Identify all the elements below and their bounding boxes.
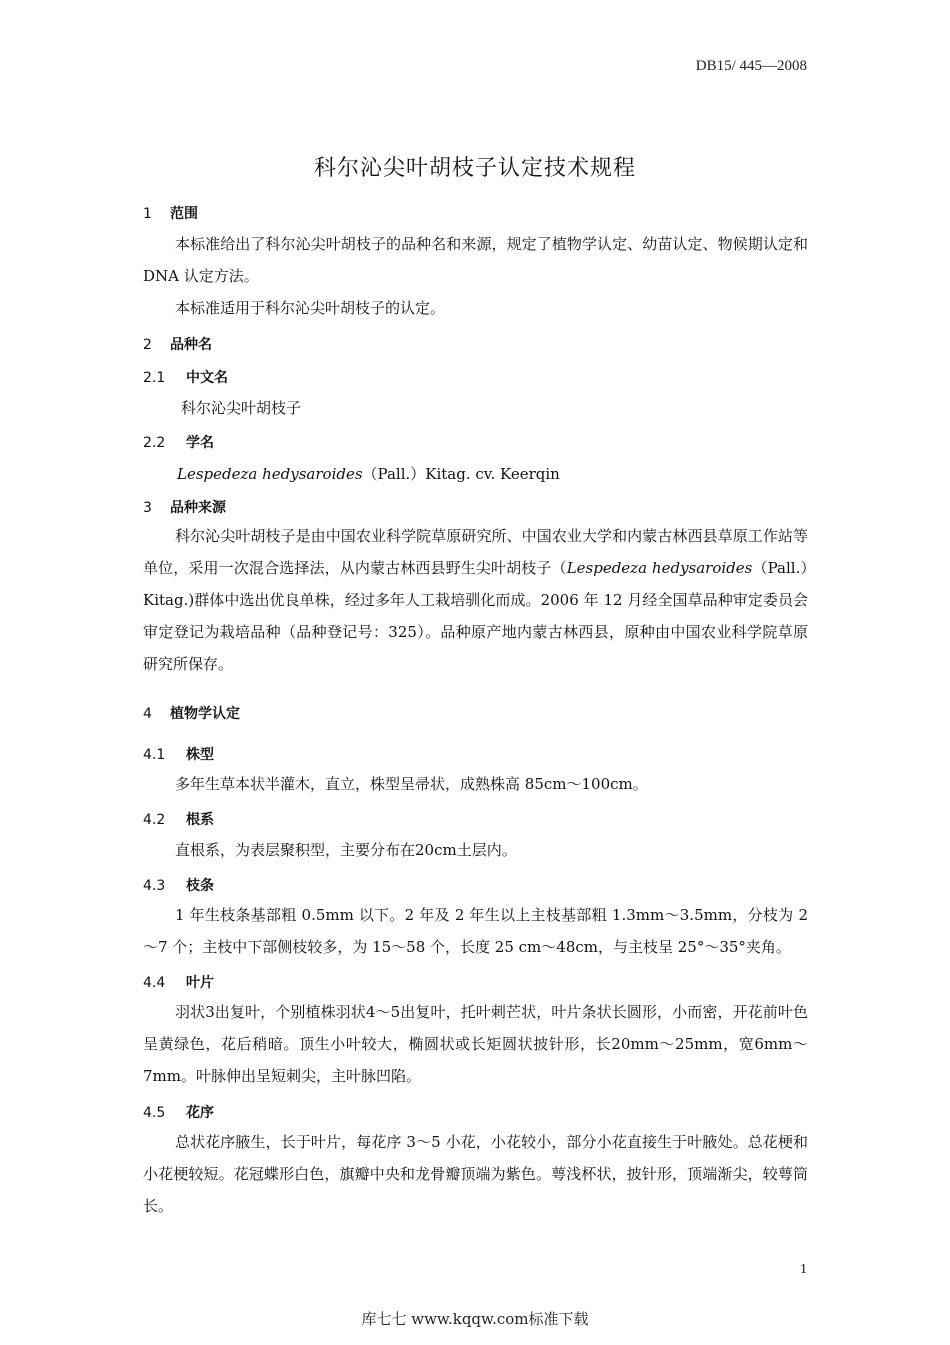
section-number: 4 <box>143 706 170 722</box>
plant-type-text: 多年生草本状半灌木，直立，株型呈帚状，成熟株高 85cm～100cm。 <box>143 768 808 800</box>
page-number: 1 <box>800 1262 807 1278</box>
section-1-heading: 1范围 <box>143 203 198 223</box>
section-4-5-heading: 4.5花序 <box>143 1102 214 1122</box>
section-1-paragraph-1: 本标准给出了科尔沁尖叶胡枝子的品种名和来源，规定了植物学认定、幼苗认定、物候期认… <box>143 228 808 292</box>
section-number: 2.1 <box>143 370 186 386</box>
scientific-name-italic: Lespedeza hedysaroides <box>177 465 363 483</box>
section-4-4-heading: 4.4叶片 <box>143 972 214 992</box>
section-4-heading: 4植物学认定 <box>143 703 240 723</box>
section-number: 2.2 <box>143 435 186 451</box>
section-number: 4.2 <box>143 812 186 828</box>
section-title: 根系 <box>186 812 214 828</box>
chinese-name-text: 科尔沁尖叶胡枝子 <box>181 397 846 418</box>
section-title: 学名 <box>186 435 214 451</box>
footer-watermark: 库七七 www.kqqw.com标准下载 <box>0 1308 950 1329</box>
section-title: 中文名 <box>186 370 228 386</box>
section-number: 3 <box>143 500 170 516</box>
section-title: 株型 <box>186 747 214 763</box>
document-title: 科尔沁尖叶胡枝子认定技术规程 <box>0 151 950 182</box>
section-3-heading: 3品种来源 <box>143 497 226 517</box>
section-4-3-heading: 4.3枝条 <box>143 875 214 895</box>
section-title: 叶片 <box>186 975 214 991</box>
section-4-2-heading: 4.2根系 <box>143 809 214 829</box>
section-number: 4.4 <box>143 975 186 991</box>
section-2-1-heading: 2.1中文名 <box>143 367 228 387</box>
section-3-paragraph: 科尔沁尖叶胡枝子是由中国农业科学院草原研究所、中国农业大学和内蒙古林西县草原工作… <box>143 520 808 680</box>
section-number: 1 <box>143 206 170 222</box>
leaves-text: 羽状3出复叶，个别植株羽状4～5出复叶，托叶刺芒状，叶片条状长圆形，小而密，开花… <box>143 996 808 1092</box>
section-title: 范围 <box>170 206 198 222</box>
standard-code: DB15/ 445—2008 <box>696 58 807 75</box>
section-number: 4.1 <box>143 747 186 763</box>
origin-scientific-name: Lespedeza hedysaroides <box>567 559 753 577</box>
section-number: 4.3 <box>143 878 186 894</box>
section-1-paragraph-2: 本标准适用于科尔沁尖叶胡枝子的认定。 <box>143 292 808 324</box>
inflorescence-text: 总状花序腋生，长于叶片，每花序 3～5 小花，小花较小，部分小花直接生于叶腋处。… <box>143 1126 808 1222</box>
section-title: 品种名 <box>170 337 212 353</box>
section-2-2-heading: 2.2学名 <box>143 432 214 452</box>
section-title: 品种来源 <box>170 500 226 516</box>
scientific-name-authority: （Pall.）Kitag. cv. Keerqin <box>363 465 560 483</box>
section-2-heading: 2品种名 <box>143 334 212 354</box>
section-number: 4.5 <box>143 1105 186 1121</box>
section-4-1-heading: 4.1株型 <box>143 744 214 764</box>
section-title: 花序 <box>186 1105 214 1121</box>
root-system-text: 直根系，为表层聚积型，主要分布在20cm土层内。 <box>143 834 808 866</box>
section-number: 2 <box>143 337 170 353</box>
section-title: 枝条 <box>186 878 214 894</box>
section-title: 植物学认定 <box>170 706 240 722</box>
branches-text: 1 年生枝条基部粗 0.5mm 以下。2 年及 2 年生以上主枝基部粗 1.3m… <box>143 899 808 963</box>
scientific-name-text: Lespedeza hedysaroides（Pall.）Kitag. cv. … <box>177 463 842 484</box>
